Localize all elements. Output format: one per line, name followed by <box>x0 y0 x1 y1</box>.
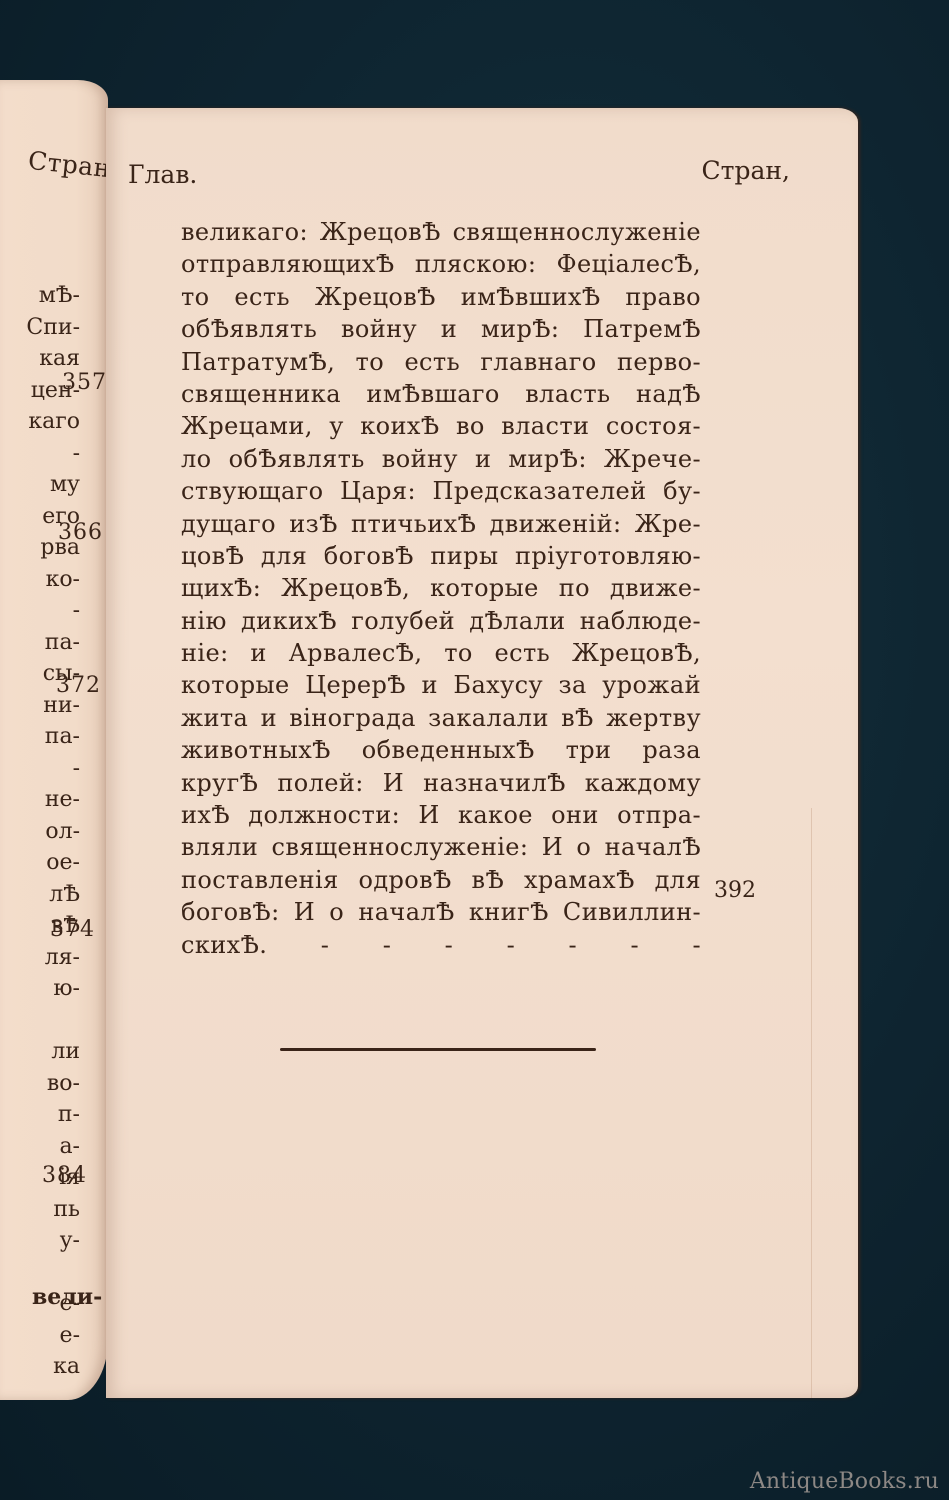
section-end-rule <box>280 1048 596 1051</box>
left-line: пь <box>0 1194 80 1226</box>
dot-leader: - <box>383 929 392 961</box>
left-line <box>0 1005 80 1037</box>
left-line: ко- <box>0 564 80 596</box>
text-line: вляли священнослуженіе: И о началѢ <box>181 831 701 863</box>
text-line: ло обѢявлять войну и мирѢ: Жрече- <box>181 443 701 475</box>
left-line: ю- <box>0 973 80 1005</box>
left-page-line-fragments: мѢ- Спи- кая цен- каго - му его рва ко- … <box>0 280 80 1383</box>
text-line: то есть ЖрецовѢ имѢвшихѢ право <box>181 281 701 313</box>
last-word: скихѢ. <box>181 929 267 961</box>
text-line: боговѢ: И о началѢ книгѢ Сивиллин- <box>181 896 701 928</box>
table-of-contents-entry: великаго: ЖрецовѢ священнослуженіе отпра… <box>181 216 701 961</box>
text-line: которые ЦерерѢ и Бахусу за урожай <box>181 669 701 701</box>
left-line: п- <box>0 1099 80 1131</box>
left-page-number: 372 <box>56 673 101 698</box>
right-page: Глав. Стран, великаго: ЖрецовѢ священнос… <box>106 108 858 1398</box>
left-page-number: 357 <box>62 370 107 395</box>
left-line: ое- <box>0 847 80 879</box>
left-line: па- <box>0 721 80 753</box>
text-line: ихѢ должности: И какое они отпра- <box>181 799 701 831</box>
left-line: па- <box>0 627 80 659</box>
left-line: - <box>0 595 80 627</box>
left-line: лѢ <box>0 879 80 911</box>
text-line: щихѢ: ЖрецовѢ, которые по движе- <box>181 572 701 604</box>
text-line: цовѢ для боговѢ пиры пріуготовляю- <box>181 540 701 572</box>
page-column-header: Стран, <box>702 156 790 185</box>
text-line: поставленія одровѢ вѢ храмахѢ для <box>181 864 701 896</box>
left-line: - <box>0 438 80 470</box>
text-line-last: скихѢ. - - - - - - - <box>181 929 701 961</box>
text-line: обѢявлять войну и мирѢ: ПатремѢ <box>181 313 701 345</box>
left-page: мѢ- Спи- кая цен- каго - му его рва ко- … <box>0 80 108 1400</box>
left-line: мѢ- <box>0 280 80 312</box>
left-line: е- <box>0 1320 80 1352</box>
left-page-number: 374 <box>50 917 95 942</box>
left-line: во- <box>0 1068 80 1100</box>
chapter-column-header: Глав. <box>128 160 197 189</box>
text-line: дущаго изѢ птичьихѢ движеній: Жре- <box>181 508 701 540</box>
left-line: - <box>0 753 80 785</box>
left-page-catchword: вели- <box>32 1284 102 1310</box>
left-line: у- <box>0 1225 80 1257</box>
dot-leader: - <box>445 929 454 961</box>
text-line: ніе: и АрвалесѢ, то есть ЖрецовѢ, <box>181 637 701 669</box>
text-line: ствующаго Царя: Предсказателей бу- <box>181 475 701 507</box>
dot-leader: - <box>569 929 578 961</box>
text-line: священника имѢвшаго власть надѢ <box>181 378 701 410</box>
left-page-number: 384 <box>42 1163 87 1188</box>
text-line: отправляющихѢ пляскою: ФеціалесѢ, <box>181 248 701 280</box>
dot-leader: - <box>321 929 330 961</box>
text-line: ПатратумѢ, то есть главнаго перво- <box>181 346 701 378</box>
text-line: жита и вінограда закалали вѢ жертву <box>181 702 701 734</box>
left-line: ли <box>0 1036 80 1068</box>
page-reference-number: 392 <box>714 878 756 903</box>
left-line: ол- <box>0 816 80 848</box>
watermark-logo: AntiqueBooks.ru <box>750 1469 939 1494</box>
paper-crease <box>811 808 812 1398</box>
left-page-number: 366 <box>58 520 103 545</box>
dot-leader: - <box>692 929 701 961</box>
left-line: каго <box>0 406 80 438</box>
left-line: не- <box>0 784 80 816</box>
left-line: Спи- <box>0 312 80 344</box>
dot-leader: - <box>507 929 516 961</box>
text-line: кругѢ полей: И назначилѢ каждому <box>181 767 701 799</box>
left-line: ля- <box>0 942 80 974</box>
left-line: а- <box>0 1131 80 1163</box>
text-line: великаго: ЖрецовѢ священнослуженіе <box>181 216 701 248</box>
text-line: нію дикихѢ голубей дѢлали наблюде- <box>181 605 701 637</box>
left-line: му <box>0 469 80 501</box>
text-line: Жрецами, у коихѢ во власти состоя- <box>181 410 701 442</box>
dot-leader: - <box>631 929 640 961</box>
left-line: ка <box>0 1351 80 1383</box>
text-line: животныхѢ обведенныхѢ три раза <box>181 734 701 766</box>
